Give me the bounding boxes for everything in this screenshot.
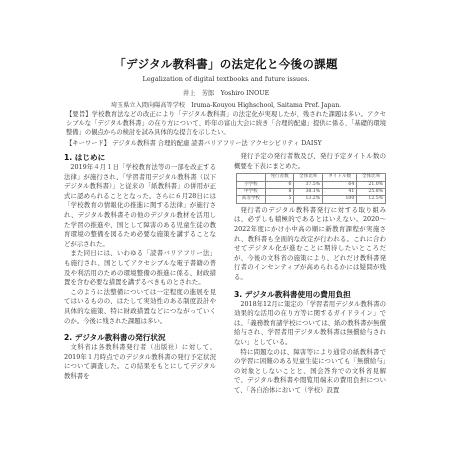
right-column: 発行予定の発行者数及び、発行予定タイトル数の概要を下表にまとめた。 発行者数 全…: [234, 152, 386, 396]
publisher-table: 発行者数 全体比率 タイトル数 全体比率 小学校 6 37.5% 64 21.0…: [236, 173, 386, 204]
keywords: 【キーワード】 デジタル教科書 合理的配慮 読書バリアフリー法 アクセシビリティ…: [66, 138, 386, 147]
paragraph: 2018年12月に策定の「学習者用デジタル教科書の効果的な活用の在り方等に関する…: [234, 300, 386, 348]
section-heading-introduction: 1. はじめに: [64, 152, 216, 163]
table-cell: 8: [265, 189, 294, 196]
table-cell: 小学校: [237, 181, 266, 188]
table-row: 中学校 8 38.1% 41 25.8%: [237, 189, 386, 196]
table-cell: 13.2%: [294, 196, 323, 203]
table-cell: 37.5%: [294, 181, 323, 188]
table-row: 高等学校 5 13.2% 100 12.5%: [237, 196, 386, 203]
paper-title: 「デジタル教科書」の法定化と今後の課題: [0, 56, 452, 72]
affiliation: 埼玉県立入間向陽高等学校 Iruma-Kouyou Highschool, Sa…: [0, 100, 452, 109]
paragraph: 2019年４月１日「学校教育法等の一部を改正する法律」が施行され、「学習者用デジ…: [64, 163, 216, 249]
table-cell: 12.5%: [357, 196, 386, 203]
table-cell: 38.1%: [294, 189, 323, 196]
table-header: 発行者数: [265, 174, 294, 181]
table-cell: 6: [265, 181, 294, 188]
paragraph: このように法整備については一定程度の進展を見てはいるものの、はたして実効性のある…: [64, 288, 216, 326]
table-row: 小学校 6 37.5% 64 21.0%: [237, 181, 386, 188]
table-header: タイトル数: [323, 174, 357, 181]
section-heading-cost-burden: 3. デジタル教科書使用の費用負担: [234, 289, 386, 300]
paragraph: 特に問題なのは、障害等により通常の紙教科書での学習に困難のある児童生徒についても…: [234, 348, 386, 396]
table-cell: 5: [265, 196, 294, 203]
author: 井上 芳郎 Yoshiro INOUE: [0, 88, 452, 97]
table-header-row: 発行者数 全体比率 タイトル数 全体比率: [237, 174, 386, 181]
paragraph: また同日には、いわゆる「読書バリアフリー法」も施行され、国としてアクセシブルな電…: [64, 249, 216, 287]
paragraph: 発行予定の発行者数及び、発行予定タイトル数の概要を下表にまとめた。: [234, 152, 386, 171]
table-cell: 100: [323, 196, 357, 203]
table-cell: 高等学校: [237, 196, 266, 203]
table-cell: 中学校: [237, 189, 266, 196]
section-heading-publication-status: 2. デジタル教科書の発行状況: [64, 332, 216, 343]
table-header: 全体比率: [294, 174, 323, 181]
paragraph: 文科省は各教科書発行者（出版社）に対して、2019年１月時点でのデジタル教科書の…: [64, 343, 216, 381]
table-header: [237, 174, 266, 181]
table-cell: 25.8%: [357, 189, 386, 196]
paper-subtitle-english: Legalization of digital textbooks and fu…: [0, 75, 452, 83]
abstract: 【要旨】学校教育法などの改正により「デジタル教科書」の法定化が実現したが、残され…: [66, 111, 386, 137]
paragraph: 発行者のデジタル教科書発行に対する取り組みは、必ずしも積極的であるとはいえない。…: [234, 206, 386, 283]
table-cell: 41: [323, 189, 357, 196]
table-header: 全体比率: [357, 174, 386, 181]
table-cell: 21.0%: [357, 181, 386, 188]
left-column: 1. はじめに 2019年４月１日「学校教育法等の一部を改正する法律」が施行され…: [64, 152, 216, 381]
table-cell: 64: [323, 181, 357, 188]
